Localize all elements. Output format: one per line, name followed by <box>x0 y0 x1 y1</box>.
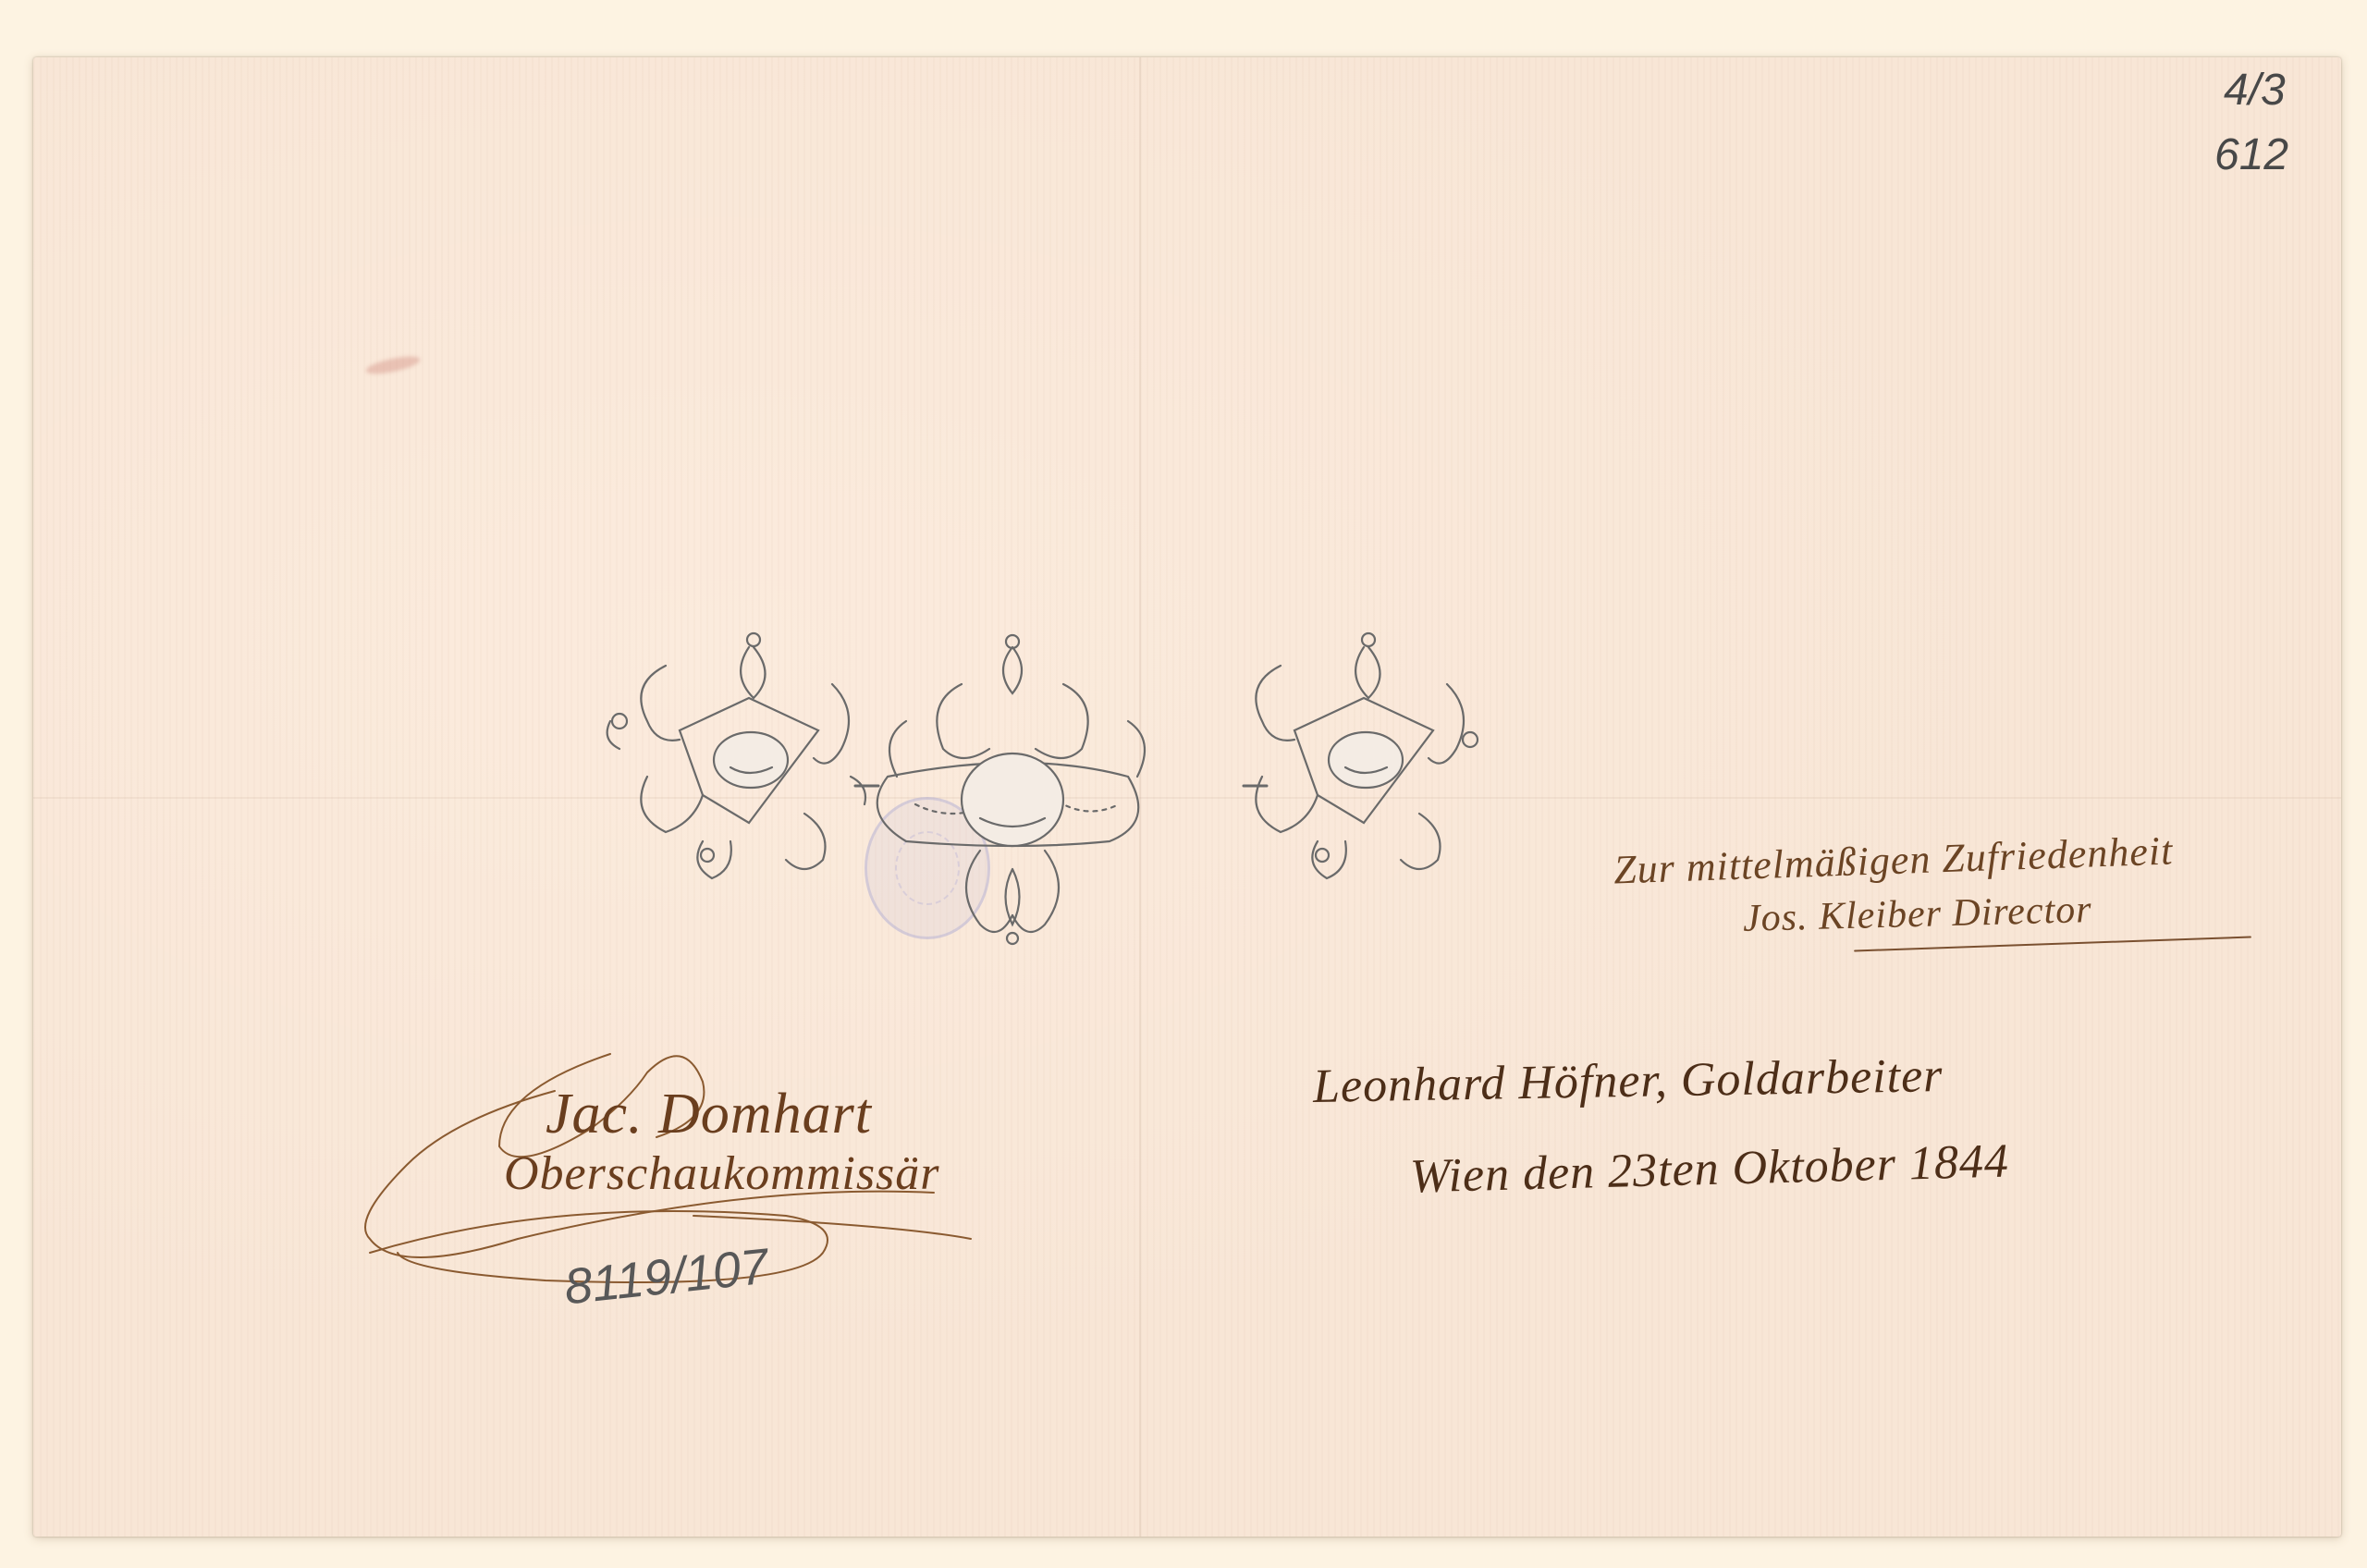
maker-line: Leonhard Höfner, Goldarbeiter <box>1313 1048 1944 1114</box>
left-link-ornament <box>607 633 865 878</box>
signature-title: Oberschaukommissär <box>504 1146 940 1201</box>
corner-number-bottom: 612 <box>2214 129 2288 180</box>
right-link-ornament <box>1256 633 1478 878</box>
corner-number-top: 4/3 <box>2224 65 2286 116</box>
center-cartouche-ornament <box>877 635 1145 944</box>
signature-name: Jac. Domhart <box>546 1082 872 1147</box>
approval-signature: Jos. Kleiber Director <box>1742 888 2092 941</box>
jewelry-drawing <box>592 629 1609 962</box>
